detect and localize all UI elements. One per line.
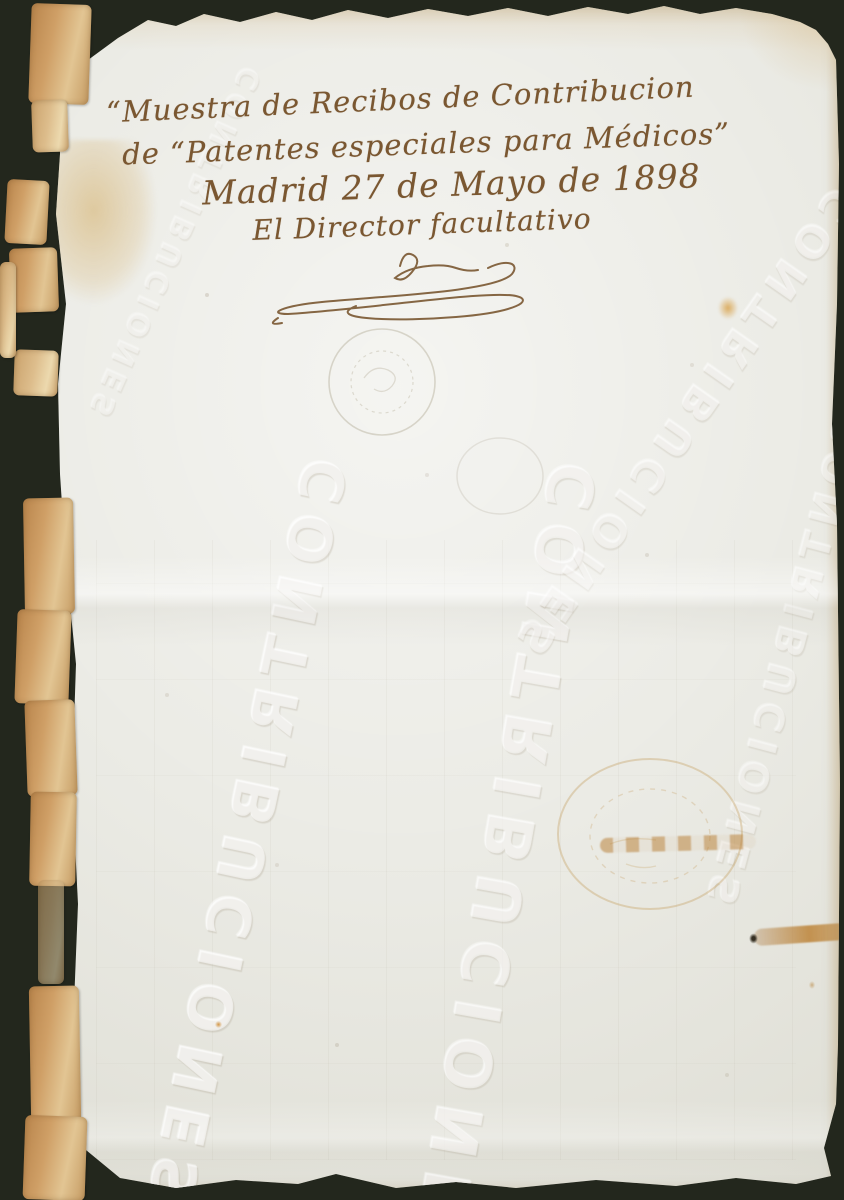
paper-edge-shadow xyxy=(36,4,842,1196)
tape-remnant xyxy=(28,3,91,105)
tape-remnant xyxy=(13,349,59,397)
tape-remnant xyxy=(29,986,81,1123)
tape-remnant xyxy=(24,699,77,797)
tape-remnant xyxy=(29,792,77,887)
tape-remnant xyxy=(0,262,16,358)
tape-remnant xyxy=(4,179,49,245)
tape-remnant xyxy=(23,498,75,615)
tape-remnant xyxy=(38,880,64,984)
photographed-document: CONTRIBUCIONES CONTRIBUCIONES CONTRIBUCI… xyxy=(0,0,844,1200)
tape-remnant xyxy=(31,99,69,152)
tape-remnant xyxy=(14,609,71,705)
tape-remnant xyxy=(9,247,59,313)
tape-remnant xyxy=(23,1115,88,1200)
paper-sheet: CONTRIBUCIONES CONTRIBUCIONES CONTRIBUCI… xyxy=(36,4,842,1196)
